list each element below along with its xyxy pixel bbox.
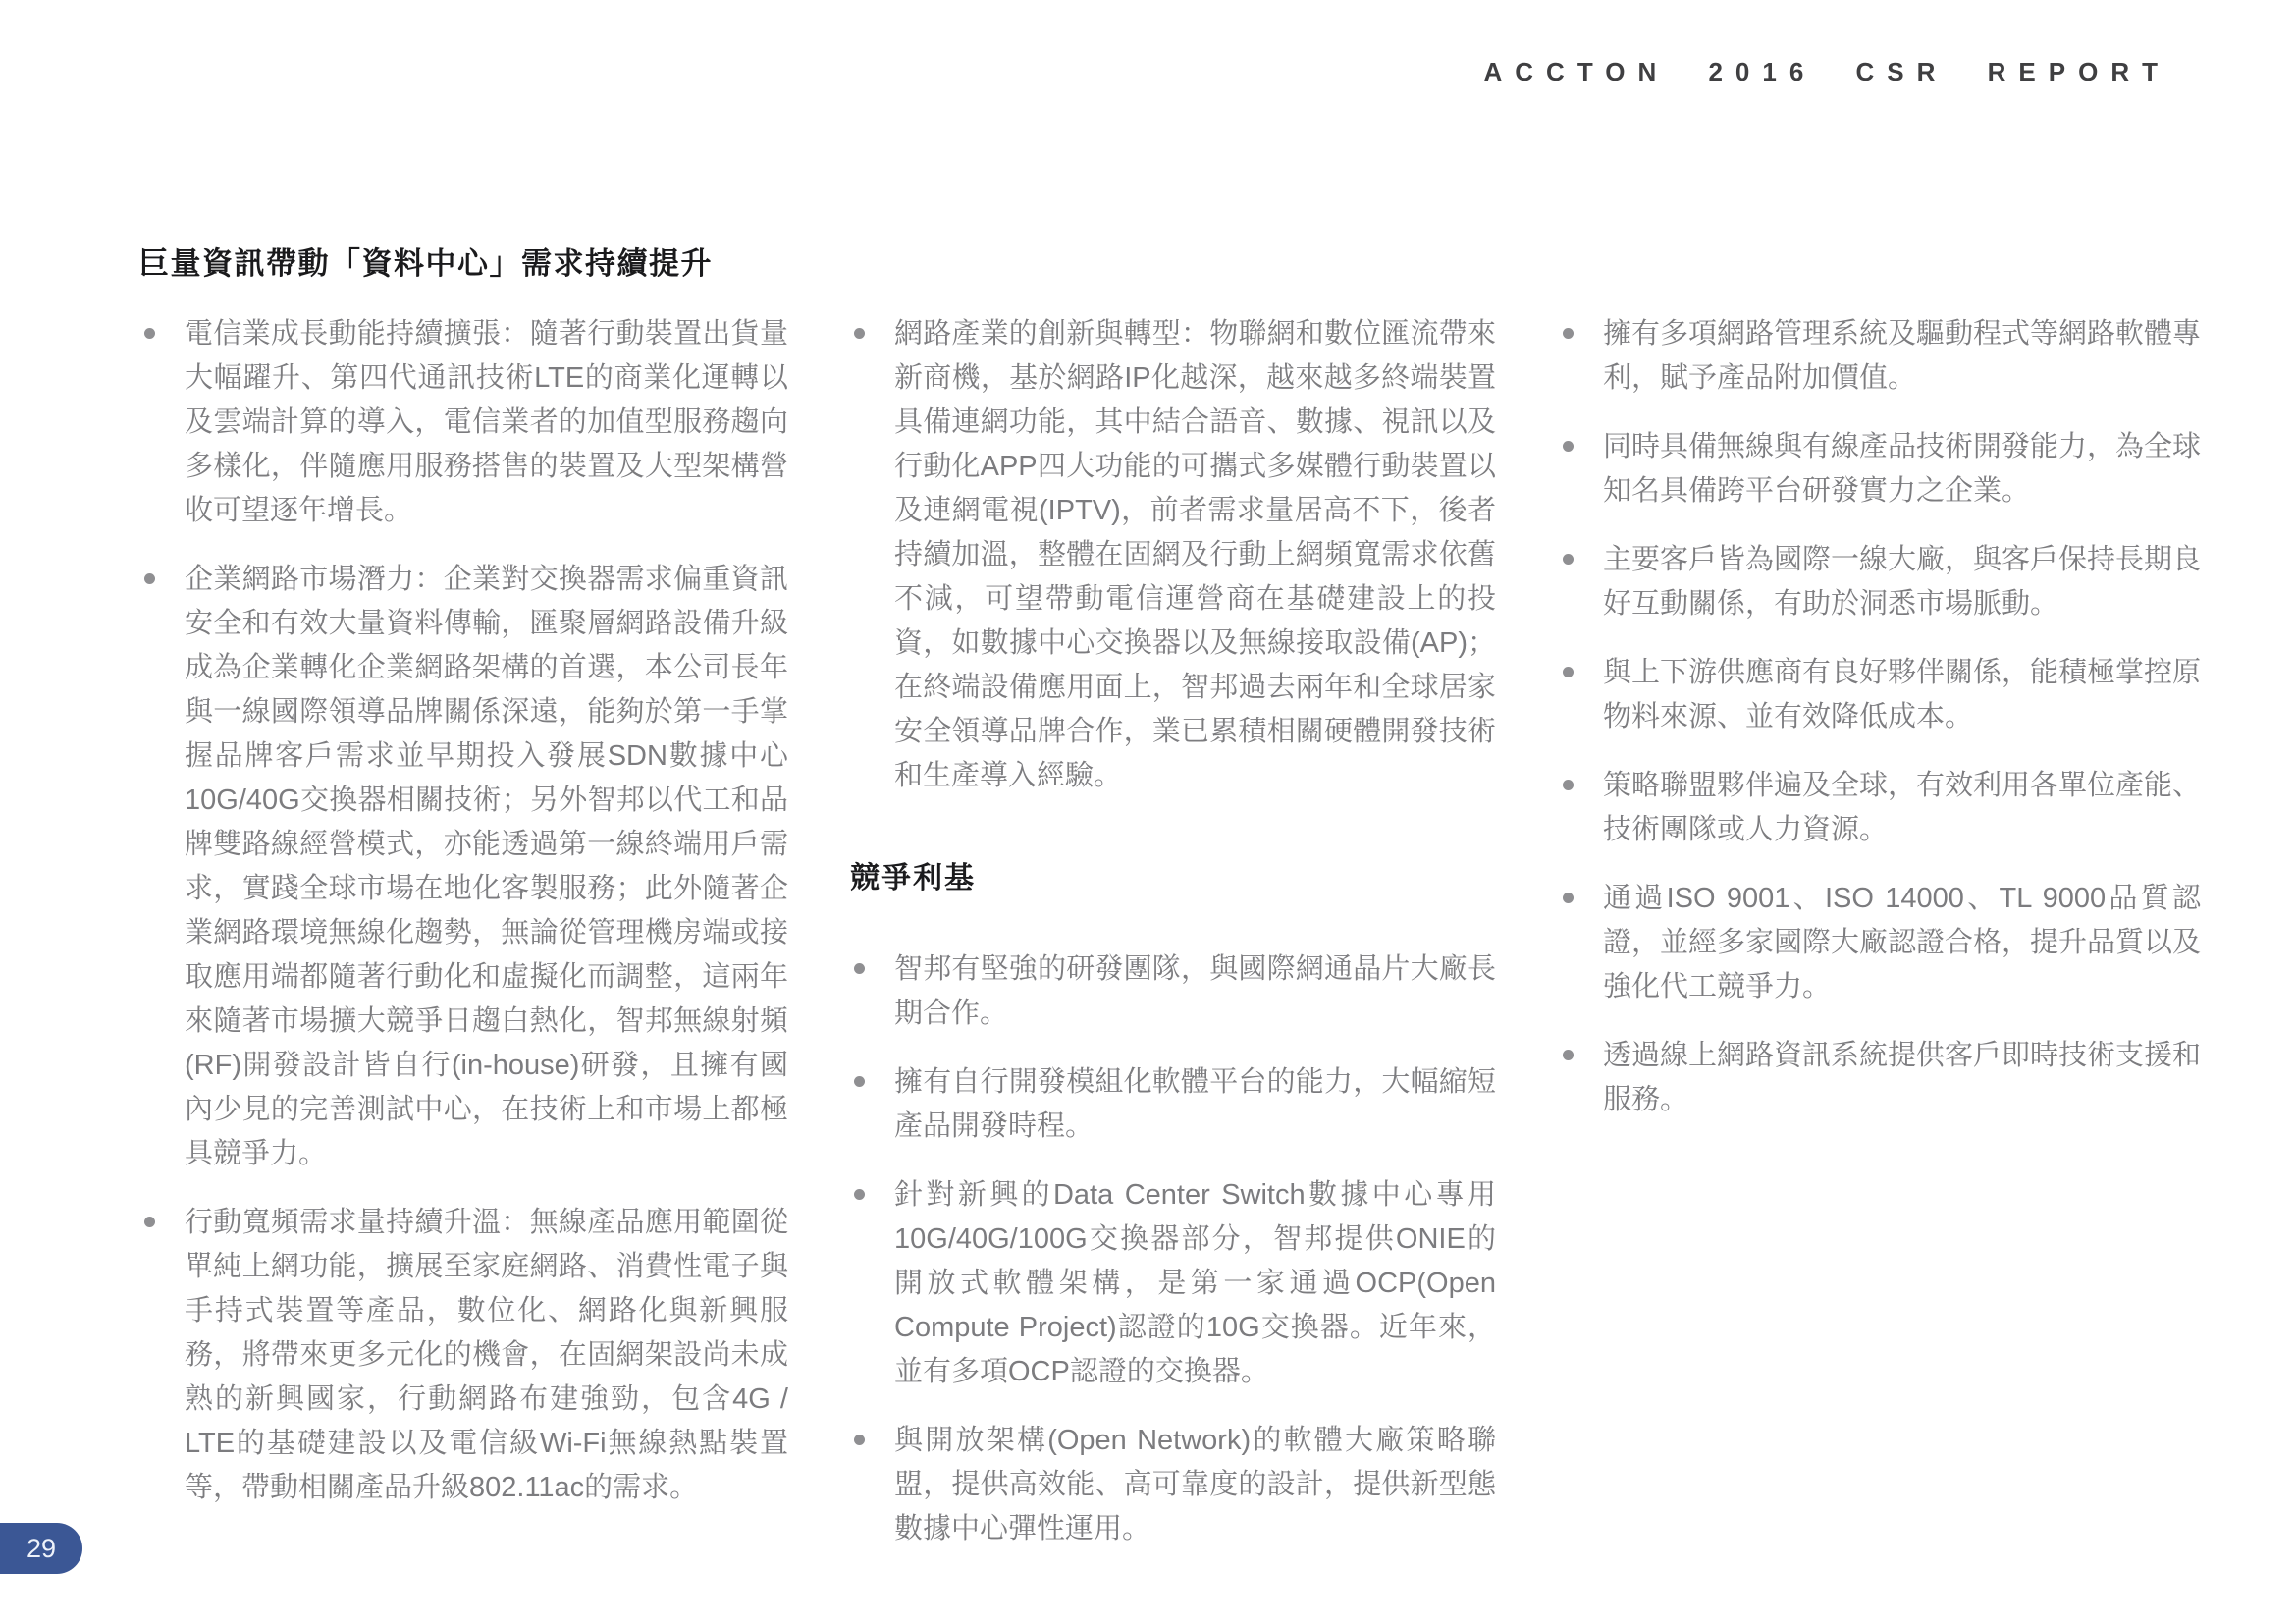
page-title: 巨量資訊帶動「資料中心」需求持續提升 [138,239,713,283]
bullet-icon [1563,441,1574,452]
column-left: 電信業成長動能持續擴張：隨著行動裝置出貨量大幅躍升、第四代通訊技術LTE的商業化… [138,312,788,1535]
bullet-list-left: 電信業成長動能持續擴張：隨著行動裝置出貨量大幅躍升、第四代通訊技術LTE的商業化… [138,312,788,1510]
list-item-text: 與上下游供應商有良好夥伴關係，能積極掌控原物料來源、並有效降低成本。 [1603,657,2201,732]
list-item: 策略聯盟夥伴遍及全球，有效利用各單位產能、技術團隊或人力資源。 [1557,764,2201,852]
column-right: 擁有多項網路管理系統及驅動程式等網路軟體專利，賦予產品附加價值。 同時具備無線與… [1557,312,2201,1147]
list-item: 智邦有堅強的研發團隊，與國際網通晶片大廠長期合作。 [848,947,1496,1036]
bullet-icon [854,1189,865,1200]
column-middle: 網路產業的創新與轉型：物聯網和數位匯流帶來新商機，基於網路IP化越深，越來越多終… [848,312,1496,1576]
bullet-icon [1563,328,1574,339]
list-item: 行動寬頻需求量持續升溫：無線產品應用範圍從單純上網功能，擴展至家庭網路、消費性電… [138,1201,788,1510]
list-item: 電信業成長動能持續擴張：隨著行動裝置出貨量大幅躍升、第四代通訊技術LTE的商業化… [138,312,788,533]
list-item-text: 企業網路市場潛力：企業對交換器需求偏重資訊安全和有效大量資料傳輸，匯聚層網路設備… [185,564,788,1169]
page-number-badge: 29 [0,1523,82,1574]
bullet-icon [1563,893,1574,903]
list-item: 與開放架構(Open Network)的軟體大廠策略聯盟，提供高效能、高可靠度的… [848,1419,1496,1551]
list-item-text: 與開放架構(Open Network)的軟體大廠策略聯盟，提供高效能、高可靠度的… [894,1425,1496,1544]
bullet-icon [144,573,155,584]
bullet-icon [144,328,155,339]
bullet-icon [854,963,865,974]
list-item-text: 策略聯盟夥伴遍及全球，有效利用各單位產能、技術團隊或人力資源。 [1603,770,2201,845]
list-item-text: 擁有自行開發模組化軟體平台的能力，大幅縮短產品開發時程。 [894,1066,1496,1142]
bullet-list-right: 擁有多項網路管理系統及驅動程式等網路軟體專利，賦予產品附加價值。 同時具備無線與… [1557,312,2201,1122]
list-item-text: 擁有多項網路管理系統及驅動程式等網路軟體專利，賦予產品附加價值。 [1603,318,2201,394]
section-subheading: 競爭利基 [850,853,1496,896]
list-item: 針對新興的Data Center Switch數據中心專用10G/40G/100… [848,1173,1496,1394]
list-item-text: 同時具備無線與有線產品技術開發能力，為全球知名具備跨平台研發實力之企業。 [1603,431,2201,507]
bullet-icon [854,1076,865,1087]
list-item: 擁有多項網路管理系統及驅動程式等網路軟體專利，賦予產品附加價值。 [1557,312,2201,401]
bullet-list-middle-intro: 網路產業的創新與轉型：物聯網和數位匯流帶來新商機，基於網路IP化越深，越來越多終… [848,312,1496,798]
list-item-text: 行動寬頻需求量持續升溫：無線產品應用範圍從單純上網功能，擴展至家庭網路、消費性電… [185,1207,788,1503]
list-item: 主要客戶皆為國際一線大廠，與客戶保持長期良好互動關係，有助於洞悉市場脈動。 [1557,538,2201,626]
list-item: 透過線上網路資訊系統提供客戶即時技術支援和服務。 [1557,1034,2201,1122]
list-item: 與上下游供應商有良好夥伴關係，能積極掌控原物料來源、並有效降低成本。 [1557,651,2201,739]
list-item-text: 通過ISO 9001、ISO 14000、TL 9000品質認證，並經多家國際大… [1603,883,2201,1002]
list-item-text: 智邦有堅強的研發團隊，與國際網通晶片大廠長期合作。 [894,953,1496,1029]
list-item-text: 針對新興的Data Center Switch數據中心專用10G/40G/100… [894,1179,1496,1387]
bullet-icon [1563,667,1574,677]
bullet-icon [144,1217,155,1227]
list-item: 網路產業的創新與轉型：物聯網和數位匯流帶來新商機，基於網路IP化越深，越來越多終… [848,312,1496,798]
bullet-list-middle: 智邦有堅強的研發團隊，與國際網通晶片大廠長期合作。 擁有自行開發模組化軟體平台的… [848,947,1496,1551]
list-item: 擁有自行開發模組化軟體平台的能力，大幅縮短產品開發時程。 [848,1060,1496,1149]
list-item-text: 網路產業的創新與轉型：物聯網和數位匯流帶來新商機，基於網路IP化越深，越來越多終… [894,318,1496,791]
list-item-text: 主要客戶皆為國際一線大廠，與客戶保持長期良好互動關係，有助於洞悉市場脈動。 [1603,544,2201,620]
bullet-icon [1563,554,1574,565]
list-item: 通過ISO 9001、ISO 14000、TL 9000品質認證，並經多家國際大… [1557,877,2201,1009]
list-item: 同時具備無線與有線產品技術開發能力，為全球知名具備跨平台研發實力之企業。 [1557,425,2201,514]
page-number: 29 [27,1534,56,1564]
report-header-title: ACCTON 2016 CSR REPORT [1484,57,2171,87]
list-item: 企業網路市場潛力：企業對交換器需求偏重資訊安全和有效大量資料傳輸，匯聚層網路設備… [138,558,788,1176]
bullet-icon [1563,1050,1574,1060]
list-item-text: 透過線上網路資訊系統提供客戶即時技術支援和服務。 [1603,1040,2201,1115]
bullet-icon [854,328,865,339]
bullet-icon [1563,780,1574,790]
bullet-icon [854,1435,865,1445]
list-item-text: 電信業成長動能持續擴張：隨著行動裝置出貨量大幅躍升、第四代通訊技術LTE的商業化… [185,318,788,526]
